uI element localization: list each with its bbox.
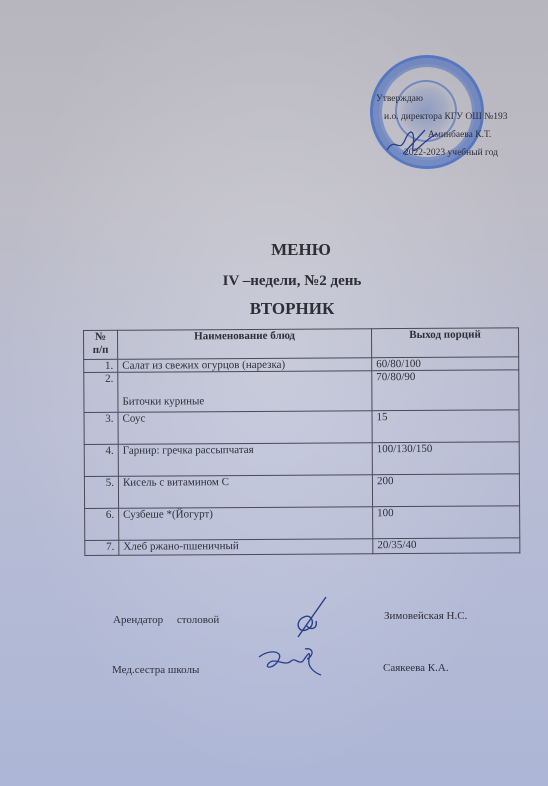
row-number: 1. bbox=[84, 359, 118, 372]
dish-name: Хлеб ржано-пшеничный bbox=[119, 539, 373, 556]
portion-output: 60/80/100 bbox=[372, 357, 519, 371]
director-signature-icon bbox=[385, 128, 440, 156]
approval-position: и.о. директора КГУ ОШ №193 bbox=[370, 108, 548, 126]
column-header-output: Выход порций bbox=[371, 328, 518, 358]
row-number: 4. bbox=[84, 444, 118, 476]
dish-name: Кисель с витамином С bbox=[118, 475, 372, 509]
portion-output: 200 bbox=[372, 474, 519, 507]
document-page: Утверждаю и.о. директора КГУ ОШ №193 Ами… bbox=[0, 0, 548, 786]
dish-name: Гарнир: гречка рассыпчатая bbox=[118, 443, 372, 477]
row-number: 3. bbox=[84, 412, 118, 444]
table-row: 7. Хлеб ржано-пшеничный 20/35/40 bbox=[85, 538, 520, 556]
table-row: 4. Гарнир: гречка рассыпчатая 100/130/15… bbox=[84, 442, 519, 477]
portion-output: 15 bbox=[372, 410, 519, 443]
column-number-line2: п/п bbox=[88, 344, 113, 357]
row-number: 7. bbox=[85, 540, 119, 555]
row-number: 6. bbox=[85, 508, 119, 540]
table-row: 3. Соус 15 bbox=[84, 410, 519, 445]
signatory-name: Зимовейская Н.С. bbox=[384, 610, 467, 622]
day-title: ВТОРНИК bbox=[18, 299, 548, 319]
column-header-dish: Наименование блюд bbox=[118, 329, 372, 360]
signatory-name: Саякеева К.А. bbox=[383, 662, 449, 674]
portion-output: 20/35/40 bbox=[373, 538, 520, 554]
portion-output: 70/80/90 bbox=[372, 370, 519, 411]
table-row: 6. Сузбеше *(Йогурт) 100 bbox=[85, 506, 520, 541]
portion-output: 100 bbox=[373, 506, 520, 539]
menu-table: № п/п Наименование блюд Выход порций 1. … bbox=[83, 327, 520, 556]
dish-name: Сузбеше *(Йогурт) bbox=[119, 507, 373, 541]
signatory-role: Мед.сестра школы bbox=[112, 664, 199, 676]
table-row: 5. Кисель с витамином С 200 bbox=[84, 474, 519, 509]
row-number: 2. bbox=[84, 372, 118, 412]
column-number-line1: № bbox=[88, 331, 113, 344]
dish-name: Соус bbox=[118, 411, 372, 445]
page-title: МЕНЮ bbox=[27, 240, 548, 260]
table-header-row: № п/п Наименование блюд Выход порций bbox=[84, 328, 519, 360]
signatory-role: Арендатор столовой bbox=[113, 614, 219, 626]
dish-name: Биточки куриные bbox=[118, 371, 372, 413]
tenant-signature-icon bbox=[290, 595, 330, 640]
approval-heading: Утверждаю bbox=[370, 90, 548, 108]
portion-output: 100/130/150 bbox=[372, 442, 519, 475]
table-row: 2. Биточки куриные 70/80/90 bbox=[84, 370, 519, 413]
nurse-signature-icon bbox=[255, 645, 325, 680]
column-header-number: № п/п bbox=[84, 330, 118, 359]
week-subtitle: IV –недели, №2 день bbox=[18, 273, 548, 290]
row-number: 5. bbox=[84, 476, 118, 508]
